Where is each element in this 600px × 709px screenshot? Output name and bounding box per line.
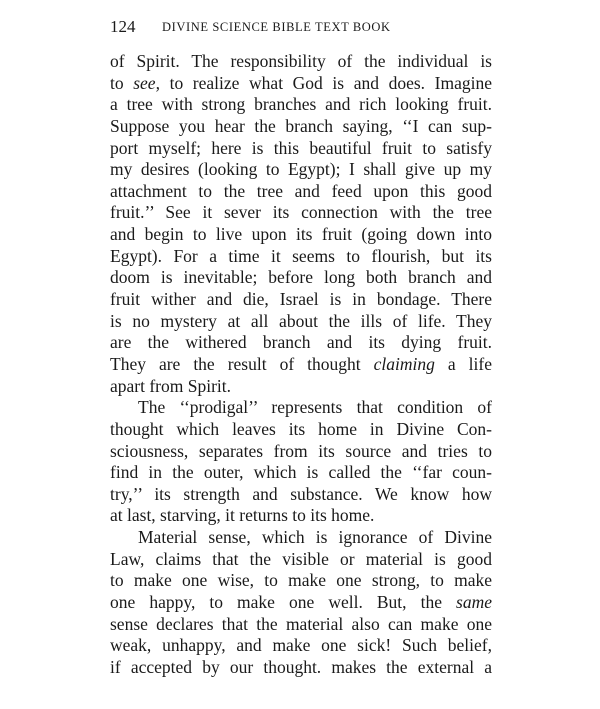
text-line: at last, starving, it returns to its hom…	[110, 505, 492, 527]
text-line: weak, unhappy, and make one sick! Such b…	[110, 635, 492, 657]
italic-emphasis: claiming	[374, 354, 435, 374]
text-line: if accepted by our thought. makes the ex…	[110, 657, 492, 679]
text-line: Egypt). For a time it seems to flourish,…	[110, 246, 492, 268]
text-line: and begin to live upon its fruit (going …	[110, 224, 492, 246]
text-line: Material sense, which is ignorance of Di…	[110, 527, 492, 549]
running-title: DIVINE SCIENCE BIBLE TEXT BOOK	[162, 20, 391, 35]
running-head: 124 DIVINE SCIENCE BIBLE TEXT BOOK	[110, 17, 492, 37]
text-line: fruit.’’ See it sever its connection wit…	[110, 202, 492, 224]
text-line: to make one wise, to make one strong, to…	[110, 570, 492, 592]
text-line: Suppose you hear the branch saying, ‘‘I …	[110, 116, 492, 138]
text-line: thought which leaves its home in Divine …	[110, 419, 492, 441]
text-line: find in the outer, which is called the ‘…	[110, 462, 492, 484]
text-line: are the withered branch and its dying fr…	[110, 332, 492, 354]
paragraph: of Spirit. The responsibility of the ind…	[110, 51, 492, 397]
text-line: attachment to the tree and feed upon thi…	[110, 181, 492, 203]
text-line: Law, claims that the visible or material…	[110, 549, 492, 571]
text-line: apart from Spirit.	[110, 376, 492, 398]
text-line: a tree with strong branches and rich loo…	[110, 94, 492, 116]
text-line: try,’’ its strength and substance. We kn…	[110, 484, 492, 506]
page-number: 124	[110, 17, 136, 37]
text-line: of Spirit. The responsibility of the ind…	[110, 51, 492, 73]
text-line: sciousness, separates from its source an…	[110, 441, 492, 463]
text-line: The ‘‘prodigal’’ represents that conditi…	[110, 397, 492, 419]
text-line: fruit wither and die, Israel is in bonda…	[110, 289, 492, 311]
text-line: doom is inevitable; before long both bra…	[110, 267, 492, 289]
text-line: to see, to realize what God is and does.…	[110, 73, 492, 95]
text-line: port myself; here is this beautiful frui…	[110, 138, 492, 160]
text-line: one happy, to make one well. But, the sa…	[110, 592, 492, 614]
paragraph: Material sense, which is ignorance of Di…	[110, 527, 492, 678]
italic-emphasis: same	[456, 592, 492, 612]
body-text: of Spirit. The responsibility of the ind…	[110, 51, 492, 679]
text-line: sense declares that the material also ca…	[110, 614, 492, 636]
text-line: my desires (looking to Egypt); I shall g…	[110, 159, 492, 181]
text-line: They are the result of thought claiming …	[110, 354, 492, 376]
italic-emphasis: see,	[133, 73, 160, 93]
text-line: is no mystery at all about the ills of l…	[110, 311, 492, 333]
paragraph: The ‘‘prodigal’’ represents that conditi…	[110, 397, 492, 527]
